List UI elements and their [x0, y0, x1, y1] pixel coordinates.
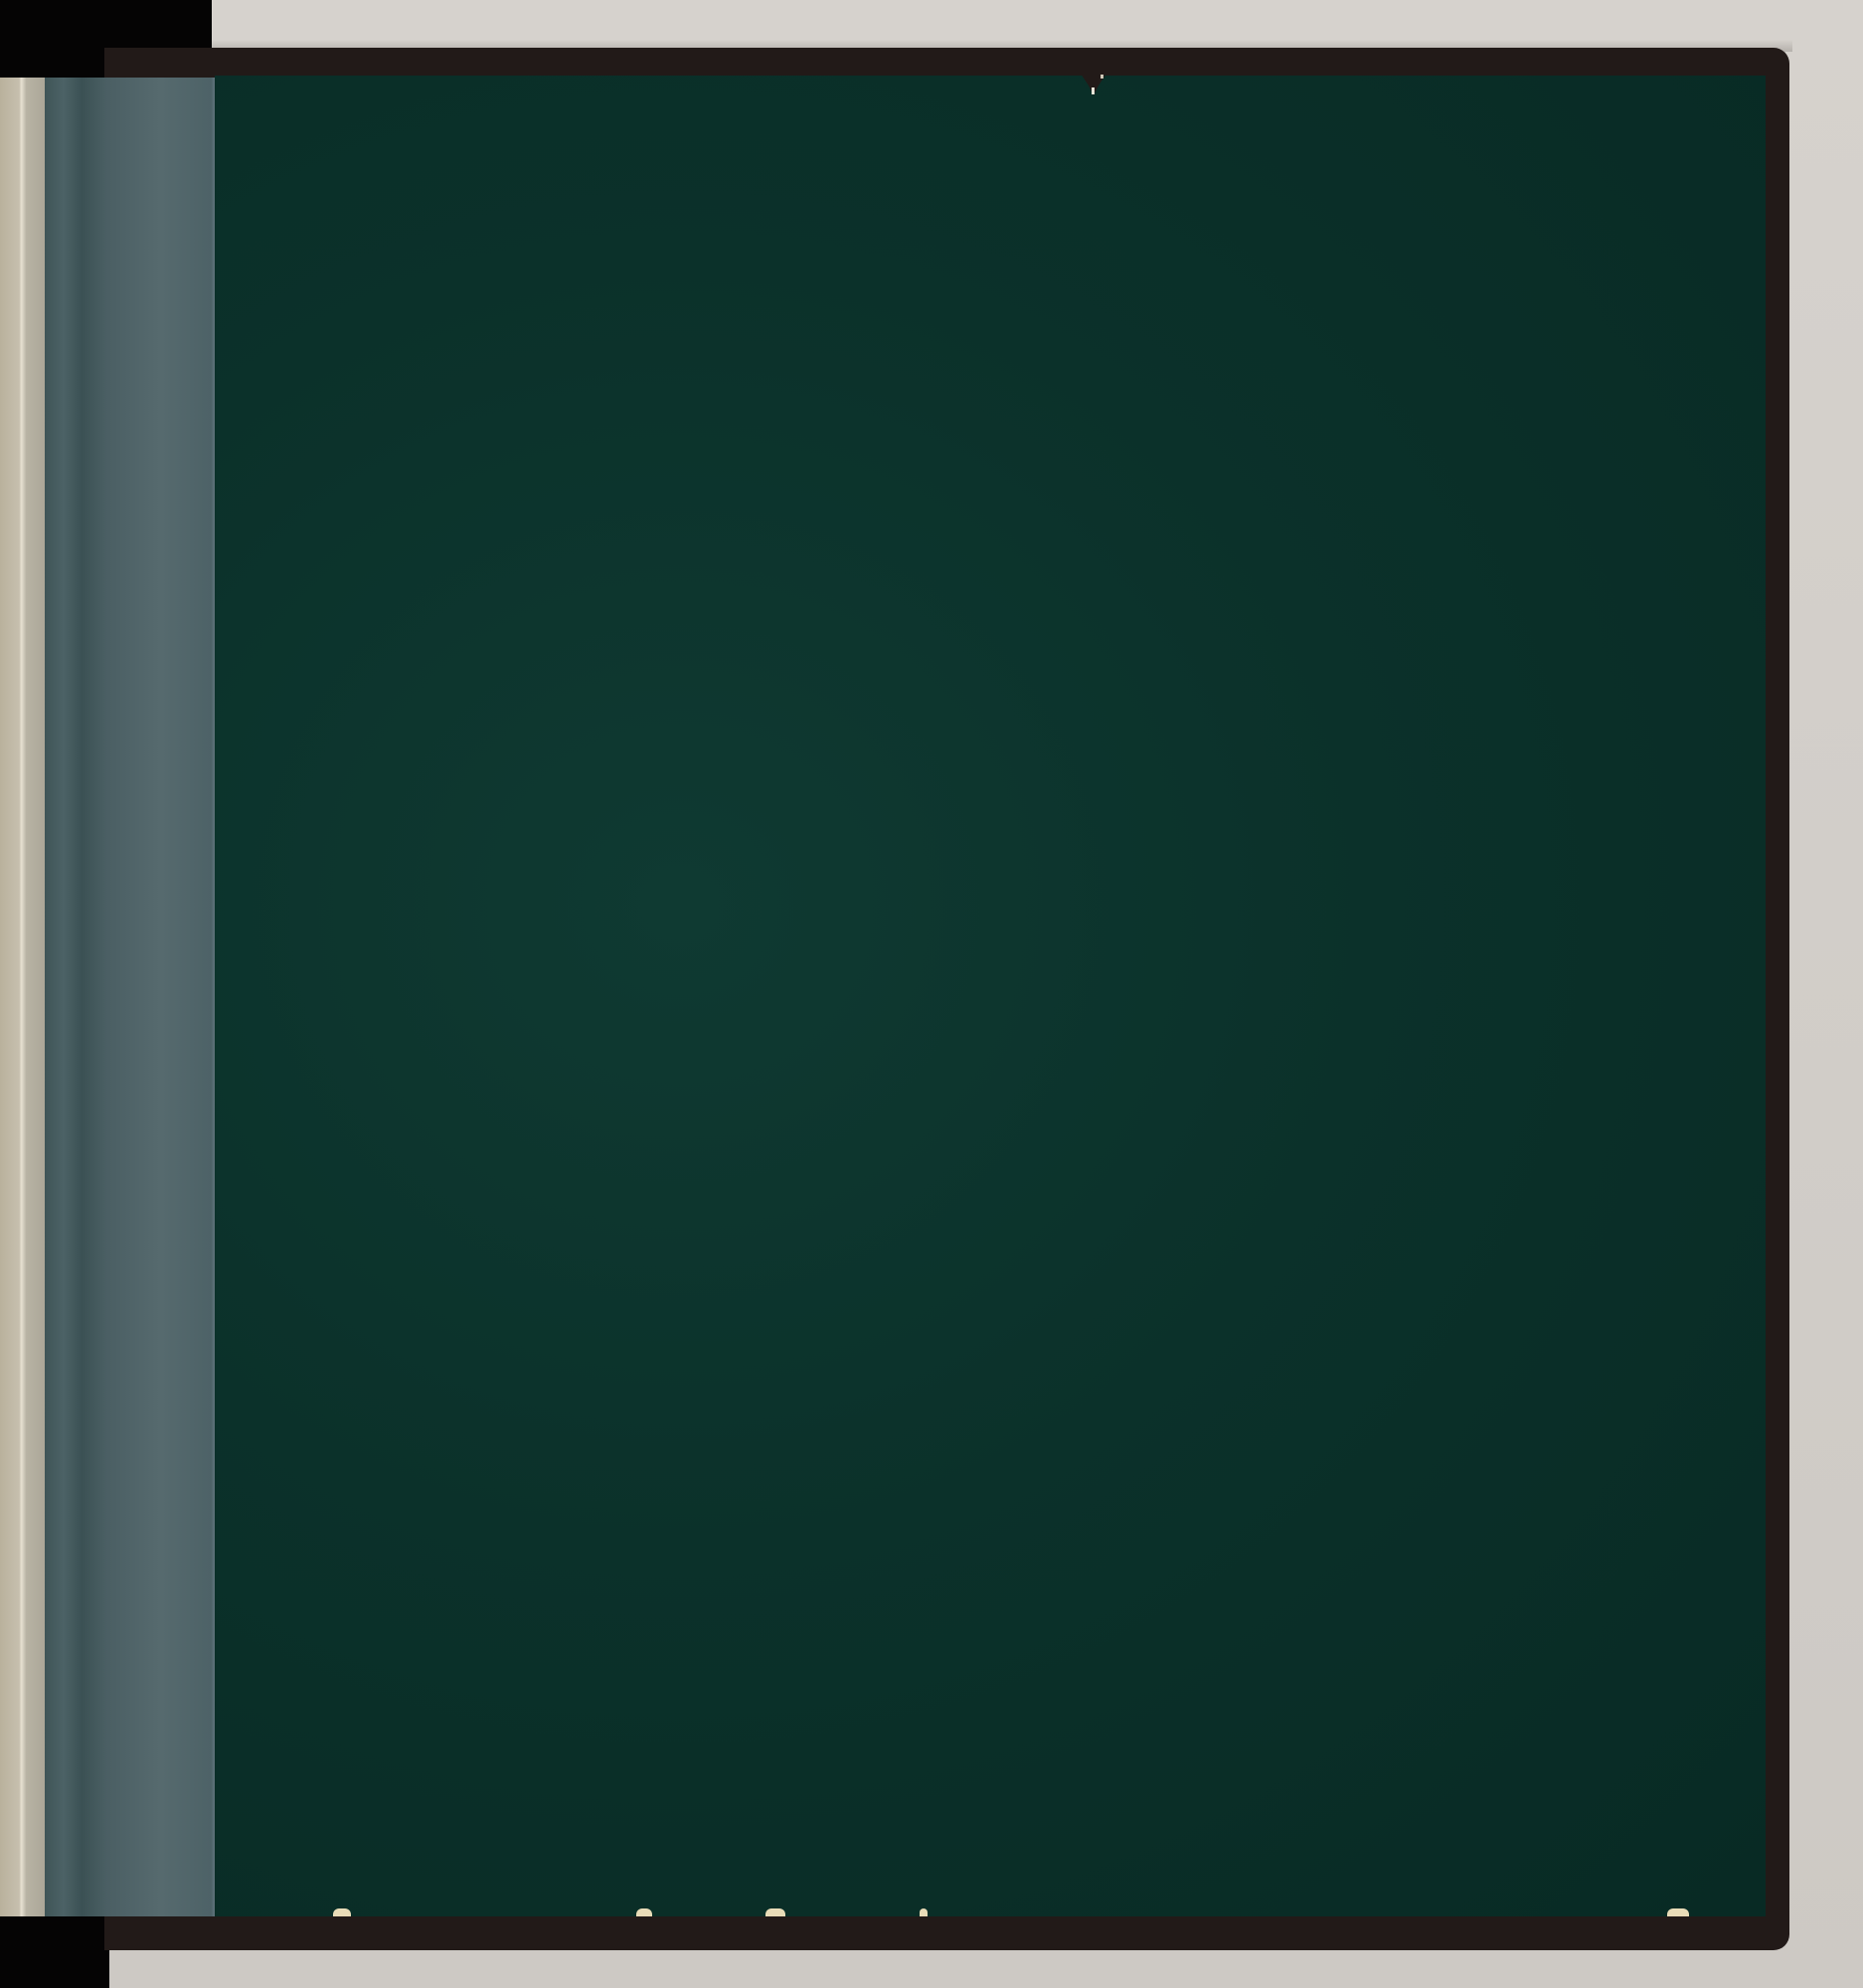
- worn-edge-chip: [1667, 1908, 1689, 1916]
- worn-edge-chip: [765, 1908, 785, 1916]
- page-edge-strip: [0, 78, 48, 1916]
- spine-hinge: [45, 78, 106, 1916]
- notch-damage-icon: [1079, 72, 1108, 99]
- worn-edge-chip: [636, 1908, 652, 1916]
- black-corner-bottom-left: [0, 1916, 109, 1988]
- spine-cloth: [104, 78, 217, 1916]
- green-cover-panel: [215, 76, 1766, 1916]
- worn-edge-chip: [333, 1908, 351, 1916]
- worn-edge-chip: [920, 1908, 928, 1916]
